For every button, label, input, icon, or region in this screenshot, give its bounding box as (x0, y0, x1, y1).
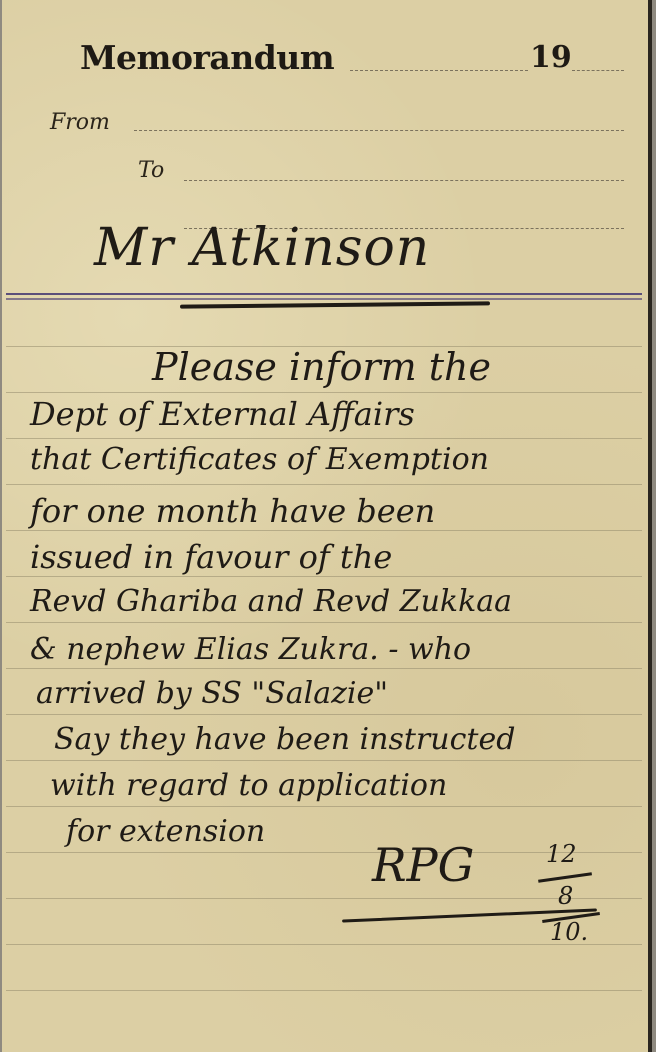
date-dashed-line (350, 70, 528, 71)
year-dashed-line (572, 70, 624, 71)
ruled-line (6, 760, 642, 761)
from-label: From (50, 110, 110, 135)
body-line-2: Dept of External Affairs (30, 395, 415, 433)
ruled-line (6, 714, 642, 715)
body-line-5: issued in favour of the (30, 538, 392, 576)
ruled-line (6, 990, 642, 991)
body-line-7: & nephew Elias Zukra. - who (30, 632, 471, 667)
date-day: 12 (546, 840, 577, 868)
ruled-line (6, 622, 642, 623)
ruled-line (6, 484, 642, 485)
memorandum-title: Memorandum (80, 38, 334, 77)
ruled-line (6, 668, 642, 669)
recipient-underline (180, 301, 490, 308)
header-rule-bottom (6, 298, 642, 300)
body-line-1: Please inform the (152, 345, 491, 389)
ruled-line (6, 392, 642, 393)
to-label: To (138, 158, 164, 183)
signature-initials: RPG (372, 838, 474, 892)
ruled-line (6, 438, 642, 439)
date-separator-1 (538, 872, 592, 882)
date-year: 10. (550, 918, 588, 946)
date-month: 8 (558, 882, 573, 910)
ruled-line (6, 576, 642, 577)
memorandum-page: Memorandum 19 From To Mr Atkinson Please… (2, 0, 652, 1052)
body-line-6: Revd Ghariba and Revd Zukkaa (30, 584, 512, 619)
ruled-line (6, 806, 642, 807)
body-line-10: with regard to application (50, 768, 447, 803)
body-line-9: Say they have been instructed (54, 722, 515, 757)
body-line-4: for one month have been (30, 492, 435, 530)
from-field-line (134, 130, 624, 131)
recipient-name: Mr Atkinson (94, 218, 430, 278)
body-line-3: that Certificates of Exemption (30, 442, 489, 477)
ruled-line (6, 530, 642, 531)
body-line-11: for extension (66, 814, 265, 849)
ruled-line (6, 898, 642, 899)
to-field-line (184, 180, 624, 181)
ruled-line (6, 944, 642, 945)
body-line-8: arrived by SS "Salazie" (36, 676, 388, 711)
year-prefix: 19 (530, 40, 572, 75)
header-rule-top (6, 293, 642, 295)
